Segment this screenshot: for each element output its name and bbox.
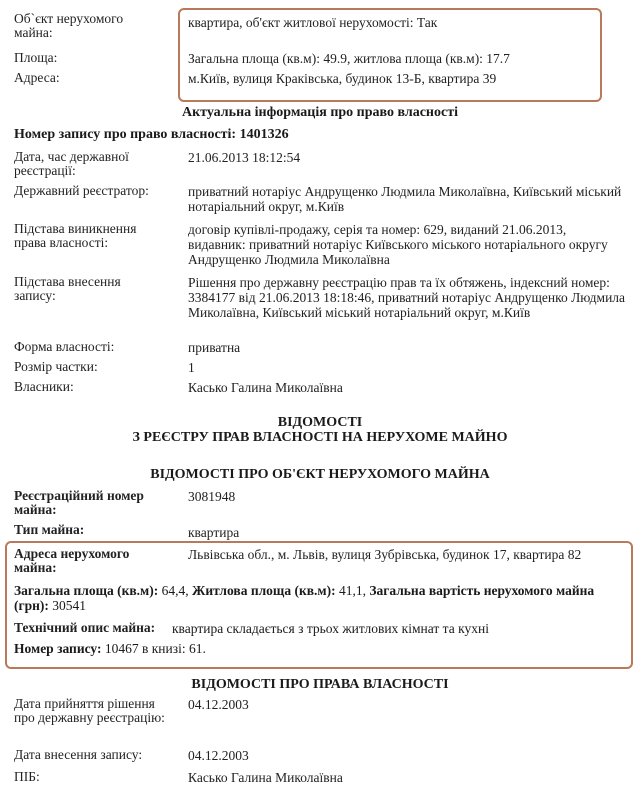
object-info-title: ВІДОМОСТІ ПРО ОБ'ЄКТ НЕРУХОМОГО МАЙНА (0, 467, 640, 483)
living-area-label: Житлова площа (кв.м): (192, 583, 336, 598)
decision-date-value: 04.12.2003 (188, 697, 249, 712)
reg-number-value: 3081948 (188, 489, 235, 504)
owners-value: Касько Галина Миколаївна (188, 380, 343, 395)
property-type-label: Тип майна: (14, 523, 84, 537)
registry-title-2: З РЕЄСТРУ ПРАВ ВЛАСНОСТІ НА НЕРУХОМЕ МАЙ… (0, 430, 640, 445)
property-address-label: Адреса нерухомого майна: (14, 547, 164, 575)
tech-desc-value: квартира складається з трьох житлових кі… (172, 621, 489, 636)
object-value: квартира, об'єкт житлової нерухомості: Т… (188, 15, 437, 30)
name-label: ПІБ: (14, 770, 40, 784)
entry-basis-value: Рішення про державну реєстрацію прав та … (188, 275, 628, 320)
property-address-value: Львівська обл., м. Львів, вулиця Зубрівс… (188, 547, 581, 562)
reg-date-value: 21.06.2013 18:12:54 (188, 150, 628, 165)
total-area-value: 64,4, (162, 583, 189, 598)
address-label: Адреса: (14, 71, 60, 85)
object-label: Об`єкт нерухомого майна: (14, 12, 164, 40)
share-size-label: Розмір частки: (14, 360, 98, 374)
owners-label: Власники: (14, 380, 74, 394)
record-label: Номер запису: (14, 641, 102, 656)
address-value: м.Київ, вулиця Краківська, будинок 13-Б,… (188, 71, 496, 86)
decision-date-label: Дата прийняття рішення про державну реєс… (14, 697, 174, 725)
registrar-label: Державний реєстратор: (14, 184, 184, 198)
name-value: Касько Галина Миколаївна (188, 770, 343, 785)
tech-desc-label: Технічний опис майна: (14, 621, 155, 635)
ownership-form-label: Форма власності: (14, 340, 114, 354)
current-info-title: Актуальна інформація про право власності (0, 105, 640, 121)
area-value: Загальна площа (кв.м): 49.9, житлова пло… (188, 51, 510, 66)
reg-number-label: Реєстраційний номер майна: (14, 489, 164, 517)
total-area-label: Загальна площа (кв.м): (14, 583, 158, 598)
entry-date-label: Дата внесення запису: (14, 748, 142, 762)
entry-date-value: 04.12.2003 (188, 748, 249, 763)
registry-title-1: ВІДОМОСТІ (0, 415, 640, 430)
area-label: Площа: (14, 51, 57, 65)
reg-date-label: Дата, час державної реєстрації: (14, 150, 164, 178)
living-area-value: 41,1, (339, 583, 366, 598)
record-number: 1401326 (240, 127, 289, 142)
rights-info-title: ВІДОМОСТІ ПРО ПРАВА ВЛАСНОСТІ (0, 677, 640, 693)
entry-basis-label: Підстава внесення запису: (14, 275, 159, 303)
ownership-form-value: приватна (188, 340, 240, 355)
record-number-line: Номер запису про право власності: 140132… (14, 127, 289, 142)
total-value: 30541 (52, 598, 86, 613)
record-value: 10467 в книзі: 61. (105, 641, 206, 656)
registrar-value: приватний нотаріус Андрущенко Людмила Ми… (188, 184, 628, 214)
record-line: Номер запису: 10467 в книзі: 61. (14, 641, 206, 656)
property-type-value: квартира (188, 525, 239, 540)
area-value-line: Загальна площа (кв.м): 64,4, Житлова пло… (14, 583, 614, 613)
ownership-basis-value: договір купівлі-продажу, серія та номер:… (188, 222, 618, 267)
share-size-value: 1 (188, 360, 195, 375)
record-number-label: Номер запису про право власності: (14, 127, 236, 142)
ownership-basis-label: Підстава виникнення права власності: (14, 222, 159, 250)
